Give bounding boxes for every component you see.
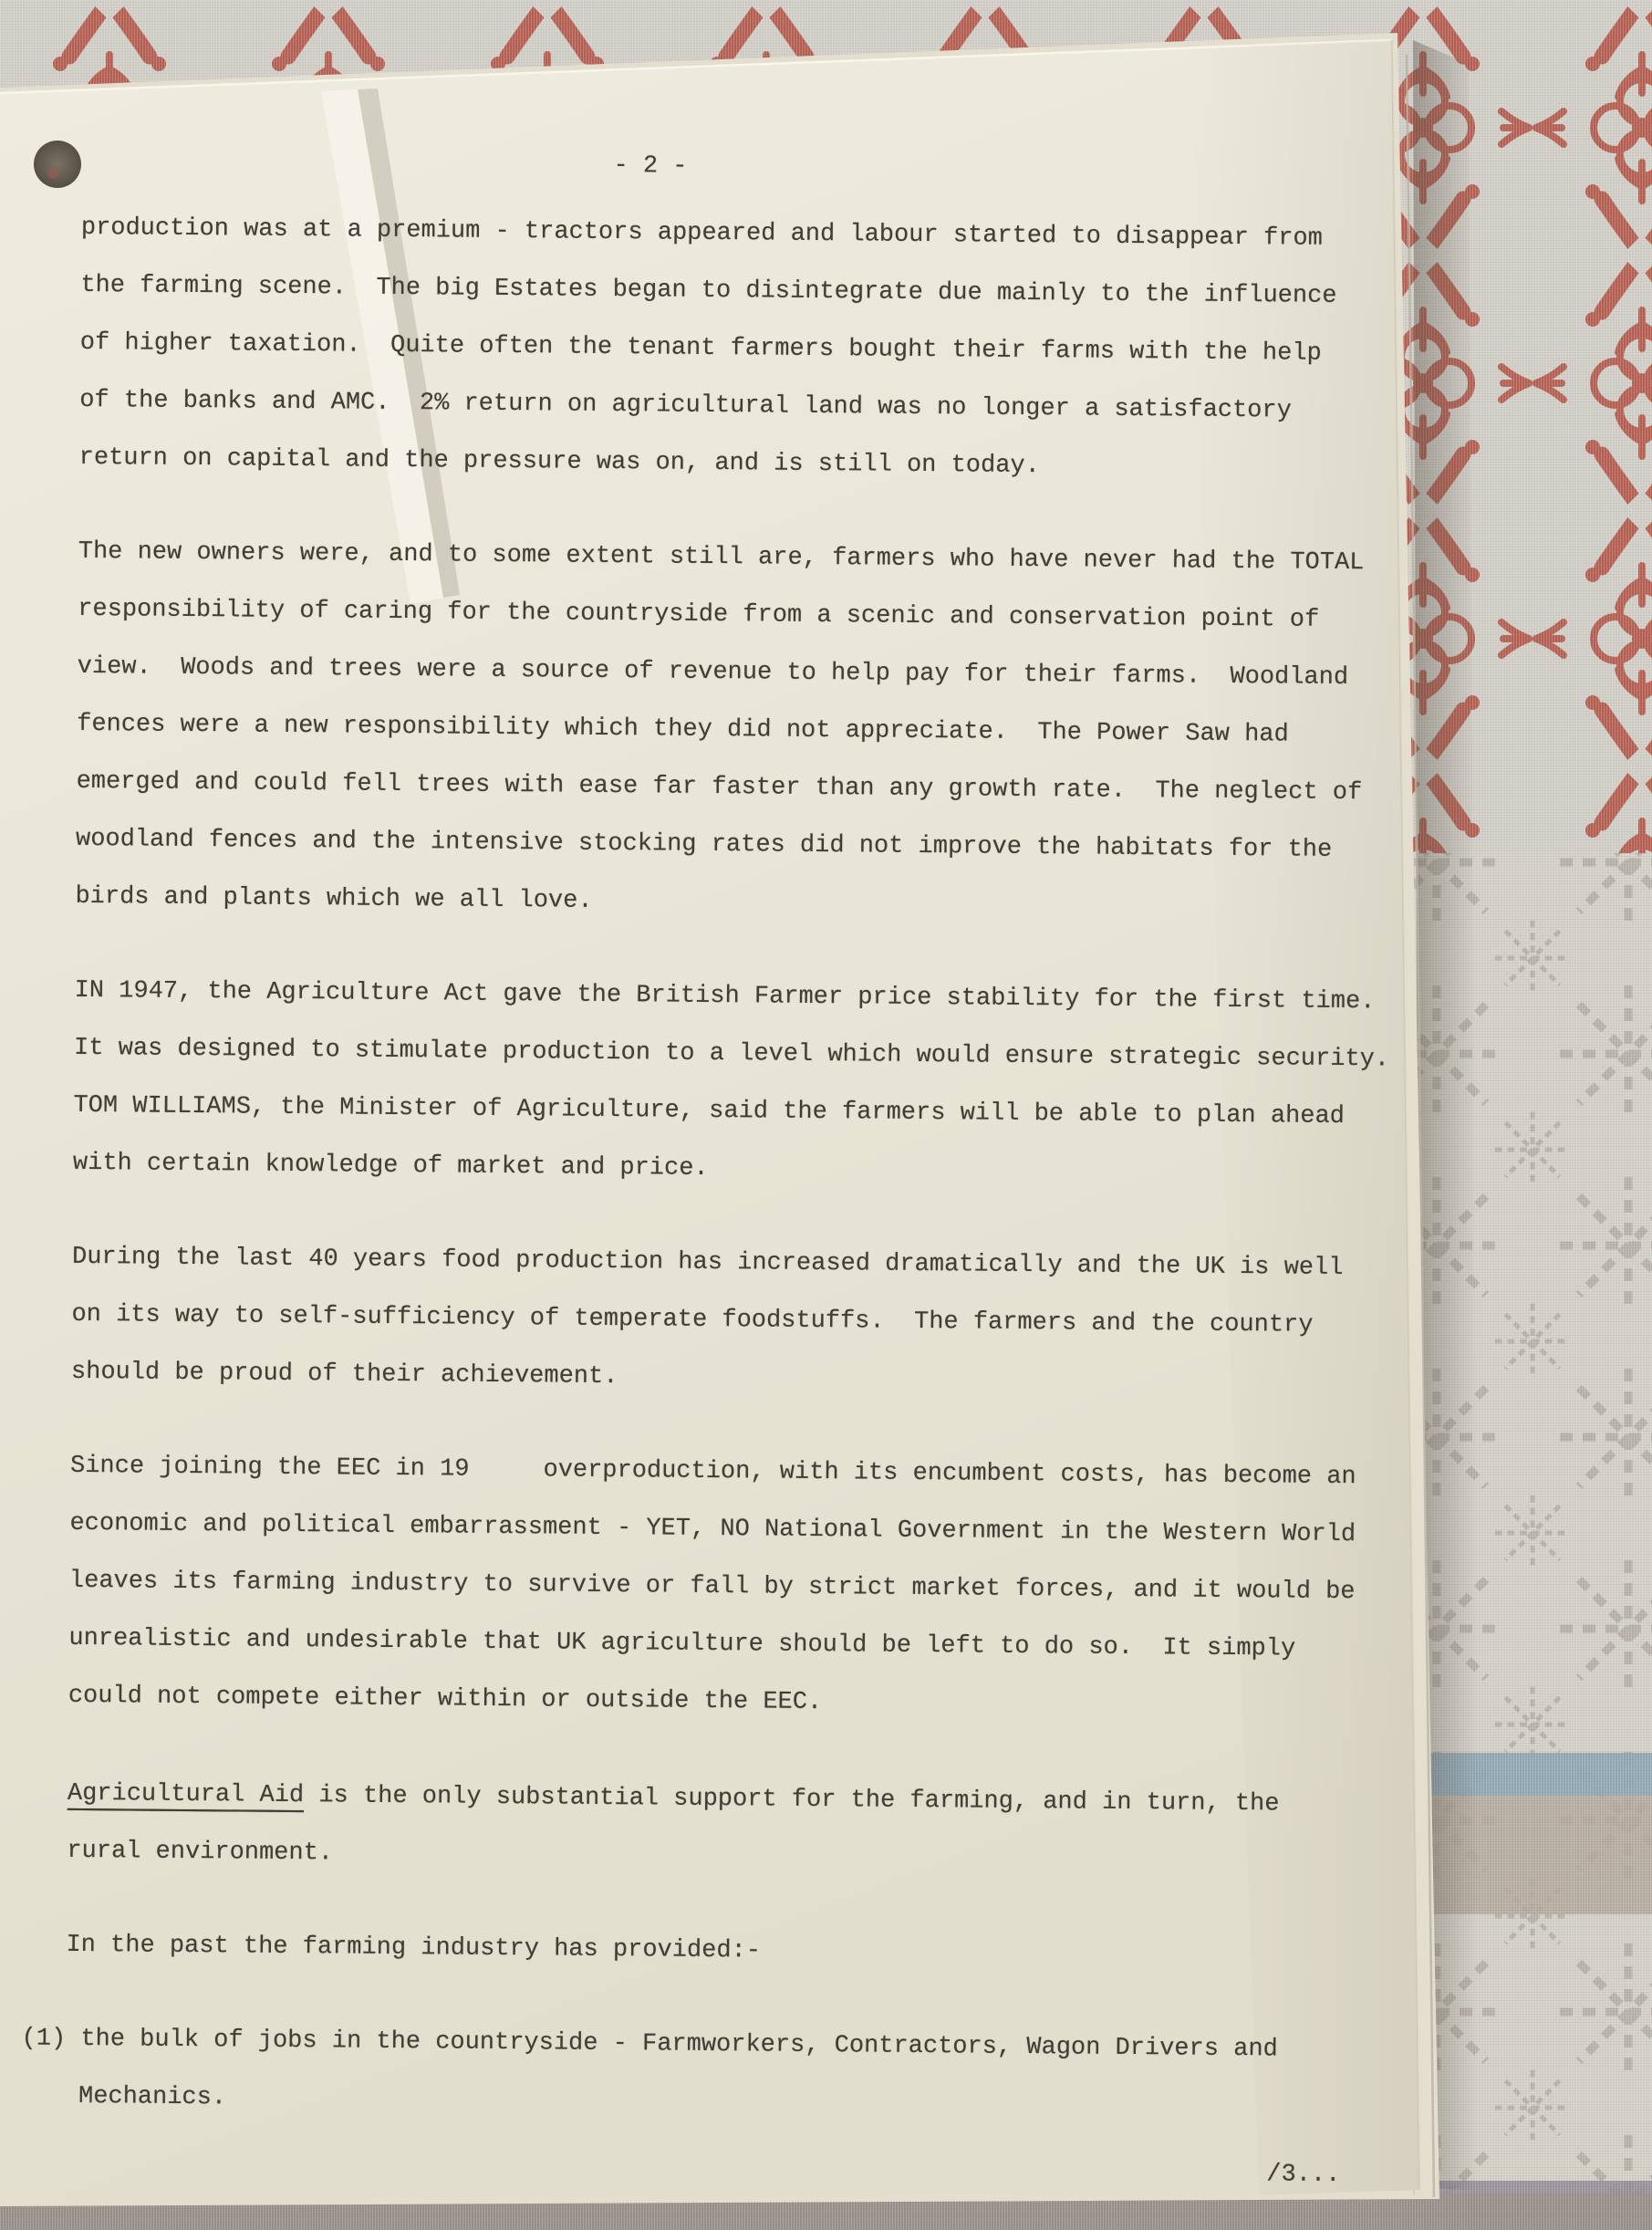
paragraph: During the last 40 years food production… [71, 1229, 1423, 1413]
paragraph: In the past the farming industry has pro… [66, 1917, 1416, 1986]
page-number: - 2 - [613, 138, 688, 196]
paragraph: Since joining the EEC in 19 overproducti… [68, 1438, 1421, 1737]
hole-punch-red-fleck [47, 168, 58, 179]
text-line: rural environment. [67, 1823, 1417, 1892]
text-segment: is the only substantial support for the … [304, 1782, 1280, 1818]
text-line: (1) the bulk of jobs in the countryside … [21, 2010, 1415, 2079]
text-line: should be proud of their achievement. [71, 1344, 1421, 1413]
text-line: could not compete either within or outsi… [68, 1668, 1418, 1737]
typed-text: - 2 - production was at a premium - trac… [65, 200, 1431, 2138]
body-paragraphs: production was at a premium - tractors a… [65, 200, 1431, 2138]
hole-punch [34, 141, 81, 188]
paragraph: (1) the bulk of jobs in the countryside … [21, 2010, 1416, 2137]
paragraph: The new owners were, and to some extent … [75, 524, 1429, 938]
paragraph: production was at a premium - tractors a… [78, 200, 1431, 499]
underlined-text: Agricultural Aid [68, 1780, 305, 1812]
text-line: Mechanics. [21, 2068, 1415, 2137]
paragraph: IN 1947, the Agriculture Act gave the Br… [73, 963, 1425, 1204]
text-line: return on capital and the pressure was o… [78, 430, 1429, 499]
text-line: with certain knowledge of market and pri… [73, 1135, 1423, 1204]
text-line: In the past the farming industry has pro… [66, 1917, 1416, 1986]
text-line: birds and plants which we all love. [75, 869, 1425, 938]
continuation-mark: /3... [1266, 2146, 1341, 2204]
paragraph: Agricultural Aid is the only substantial… [67, 1766, 1418, 1892]
